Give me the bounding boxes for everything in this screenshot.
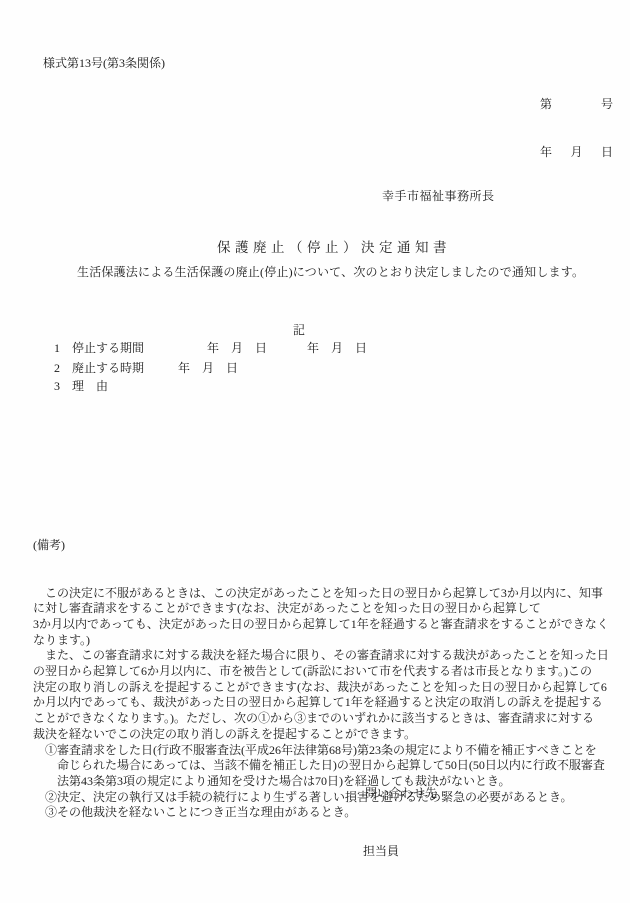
remarks-section: (備考) この決定に不服があるときは、この決定があったことを知った日の翌日から起… (33, 507, 613, 852)
remarks-heading: (備考) (33, 538, 613, 554)
document-page: 様式第13号(第3条関係) 第 号 年 月 日 幸手市福祉事務所長 保護廃止（停… (0, 0, 630, 903)
item-3-label: 理 由 (72, 378, 108, 394)
item-1-date-from: 年 月 日 (207, 340, 267, 356)
doc-number-prefix: 第 (540, 96, 552, 112)
item-2-label: 廃止する時期 (72, 360, 144, 376)
item-3-number: 3 (54, 378, 60, 394)
item-1-number: 1 (54, 340, 60, 356)
item-1-label: 停止する期間 (72, 340, 144, 356)
date-month-label: 月 (570, 144, 582, 160)
document-date-line: 年 月 日 (540, 144, 613, 160)
date-year-label: 年 (540, 144, 552, 160)
doc-number-suffix: 号 (601, 96, 613, 112)
item-2-number: 2 (54, 360, 60, 376)
contact-label: 問い合わせ先 (365, 785, 437, 801)
document-number-line: 第 号 (540, 96, 613, 112)
sender-title: 幸手市福祉事務所長 (382, 188, 495, 204)
document-number-block: 第 号 年 月 日 (540, 64, 613, 192)
intro-sentence: 生活保護法による生活保護の廃止(停止)について、次のとおり決定しましたので通知し… (77, 264, 584, 280)
section-marker: 記 (293, 322, 305, 338)
form-number: 様式第13号(第3条関係) (43, 55, 165, 71)
remarks-body: この決定に不服があるときは、この決定があったことを知った日の翌日から起算して3か… (33, 586, 613, 822)
staff-label: 担当員 (363, 843, 399, 859)
item-1-date-to: 年 月 日 (307, 340, 367, 356)
document-title: 保護廃止（停止）決定通知書 (217, 240, 451, 256)
date-day-label: 日 (601, 144, 613, 160)
item-2-date: 年 月 日 (178, 360, 238, 376)
